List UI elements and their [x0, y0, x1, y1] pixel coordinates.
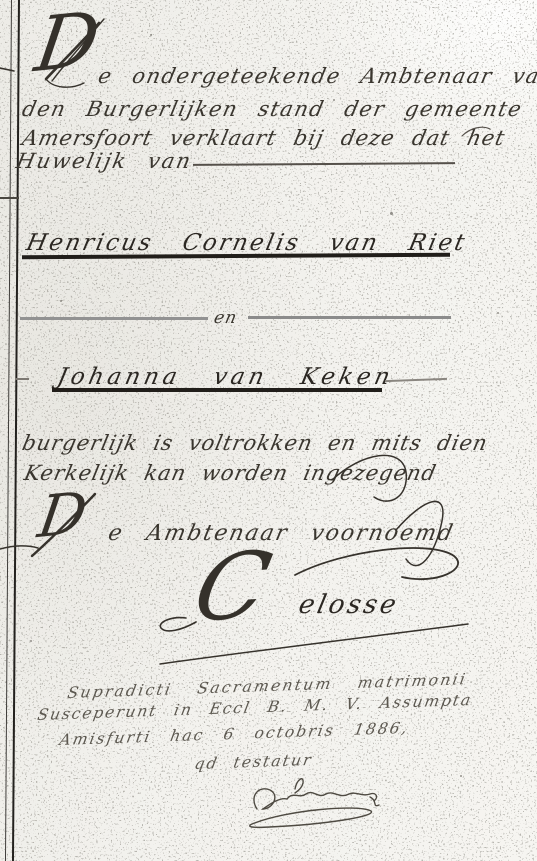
ornate-initial-d-signoff: D [34, 479, 91, 551]
statement-line-1: burgerlijk is voltrokken en mits dien [20, 431, 490, 455]
declaration-line-1: e ondergeteekende Ambtenaar van [96, 64, 537, 88]
blank-line-left [20, 317, 208, 320]
pre-bride-dash [15, 378, 29, 380]
blank-line-right [248, 316, 451, 319]
margin-tick [0, 197, 19, 199]
declaration-line-2: den Burgerlijken stand der gemeente [20, 97, 525, 121]
paper-speckle [262, 688, 264, 690]
ornate-initial-d: D [30, 0, 105, 89]
paper-speckle [497, 312, 499, 314]
bride-underline [52, 388, 382, 392]
paper-speckle [390, 212, 393, 215]
signature-initial-c: C [185, 531, 280, 643]
celosse-swash-icon [295, 548, 458, 579]
blank-fill-line [193, 162, 455, 166]
latin-line-3: Amisfurti hac 6 octobris 1886, [58, 719, 410, 749]
margin-rule [5, 0, 20, 861]
declaration-line-4: Huwelijk van [14, 149, 195, 173]
paper-speckle [150, 34, 152, 36]
bride-underline-tail [385, 378, 447, 382]
bride-name: Johanna van Keken [55, 364, 396, 390]
conjunction-en: en [212, 308, 239, 328]
declaration-line-3: Amersfoort verklaart bij deze dat het [20, 126, 507, 150]
paper-speckle [60, 300, 62, 302]
scanned-marriage-declaration: D e ondergeteekende Ambtenaar van den Bu… [0, 0, 537, 861]
signoff-line: e Ambtenaar voornoemd [106, 521, 457, 546]
paper-speckle [460, 775, 462, 777]
pastor-signature-scrawl [250, 779, 379, 828]
paper-speckle [30, 640, 32, 642]
paper-speckle [333, 99, 335, 101]
registrar-signature: elosse [296, 590, 402, 620]
latin-line-4: qd testatur [193, 751, 314, 773]
